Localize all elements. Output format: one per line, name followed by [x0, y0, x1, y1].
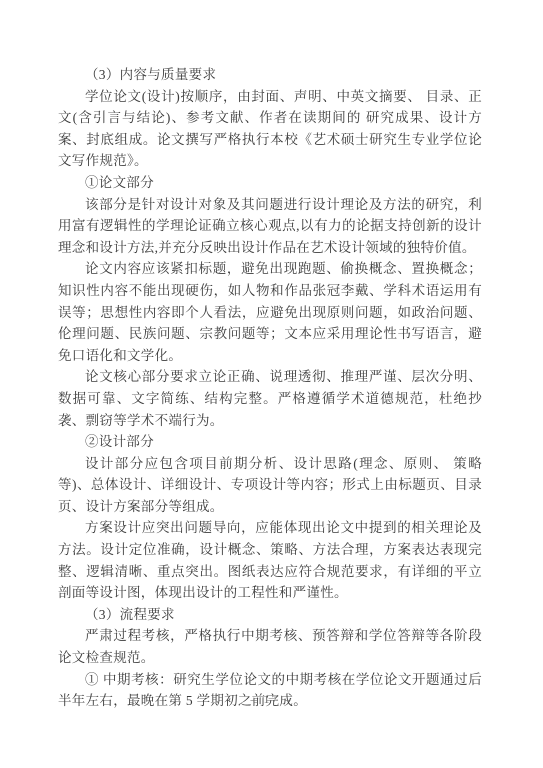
document-page: （3）内容与质量要求 学位论文(设计)按顺序，由封面、声明、中英文摘要、 目录、… — [0, 0, 543, 768]
paragraph-thesis-content-rules: 论文内容应该紧扣标题，避免出现跑题、偷换概念、置换概念；知识性内容不能出现硬伤，… — [58, 258, 482, 366]
paragraph-process-checks: 严肃过程考核，严格执行中期考核、预答辩和学位答辩等各阶段论文检查规范。 — [58, 625, 482, 668]
paragraph-design-contents: 设计部分应包含项目前期分析、设计思路(理念、原则、 策略等)、总体设计、详细设计… — [58, 453, 482, 518]
subheading-thesis-part: ①论文部分 — [58, 172, 482, 194]
paragraph-thesis-research: 该部分是针对设计对象及其问题进行设计理论及方法的研究，利用富有逻辑性的学理论证确… — [58, 194, 482, 259]
section-heading-content-quality: （3）内容与质量要求 — [58, 64, 482, 86]
paragraph-thesis-structure: 学位论文(设计)按顺序，由封面、声明、中英文摘要、 目录、正文(含引言与结论)、… — [58, 86, 482, 172]
section-heading-process: （3）流程要求 — [58, 604, 482, 626]
paragraph-design-scheme: 方案设计应突出问题导向，应能体现出论文中提到的相关理论及方法。设计定位准确，设计… — [58, 517, 482, 603]
document-body: （3）内容与质量要求 学位论文(设计)按顺序，由封面、声明、中英文摘要、 目录、… — [58, 64, 482, 712]
page-number: – 17 – — [0, 692, 543, 707]
paragraph-thesis-core-requirements: 论文核心部分要求立论正确、说理透彻、推理严谨、层次分明、数据可靠、文字简练、结构… — [58, 366, 482, 431]
subheading-design-part: ②设计部分 — [58, 431, 482, 453]
